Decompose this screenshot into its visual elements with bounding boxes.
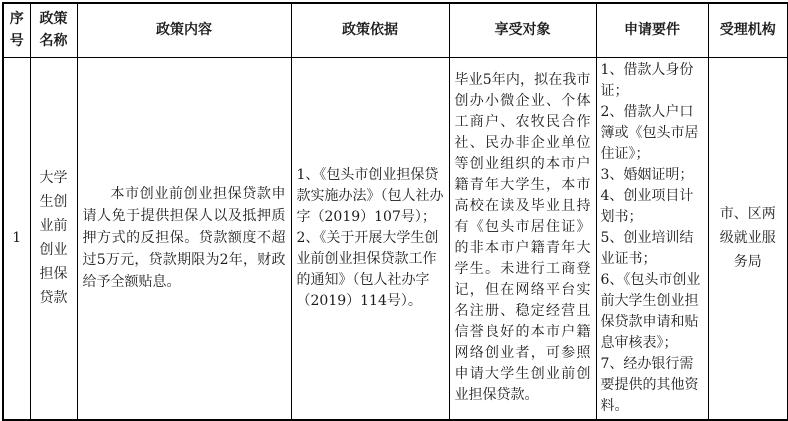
header-policy-name: 政策名称: [30, 3, 77, 57]
header-policy-basis: 政策依据: [291, 3, 449, 57]
header-beneficiaries: 享受对象: [449, 3, 596, 57]
cell-index: 1: [3, 57, 30, 420]
header-agency: 受理机构: [708, 3, 788, 57]
header-index: 序号: [3, 3, 30, 57]
header-row: 序号 政策名称 政策内容 政策依据 享受对象 申请要件 受理机构: [3, 3, 788, 57]
cell-beneficiaries: 毕业5年内，拟在我市创办小微企业、个体工商户、农牧民合作社、民办非企业单位等创业…: [449, 57, 596, 420]
table-row: 1 大学生创业前创业担保贷款 本市创业前创业担保贷款申请人免于提供担保人以及抵押…: [3, 57, 788, 420]
header-requirements: 申请要件: [596, 3, 708, 57]
cell-policy-name: 大学生创业前创业担保贷款: [30, 57, 77, 420]
cell-requirements: 1、借款人身份证； 2、借款人户口簿或《包头市居住证》； 3、婚姻证明； 4、创…: [596, 57, 708, 420]
cell-policy-basis: 1、《包头市创业担保贷款实施办法》（包人社办字（2019）107号）； 2、《关…: [291, 57, 449, 420]
policy-document-page: 序号 政策名称 政策内容 政策依据 享受对象 申请要件 受理机构 1 大学生创业…: [0, 0, 788, 393]
policy-table: 序号 政策名称 政策内容 政策依据 享受对象 申请要件 受理机构 1 大学生创业…: [2, 2, 788, 421]
cell-policy-content: 本市创业前创业担保贷款申请人免于提供担保人以及抵押质押方式的反担保。贷款额度不超…: [77, 57, 291, 420]
cell-agency: 市、区两级就业服务局: [708, 57, 788, 420]
header-policy-content: 政策内容: [77, 3, 291, 57]
